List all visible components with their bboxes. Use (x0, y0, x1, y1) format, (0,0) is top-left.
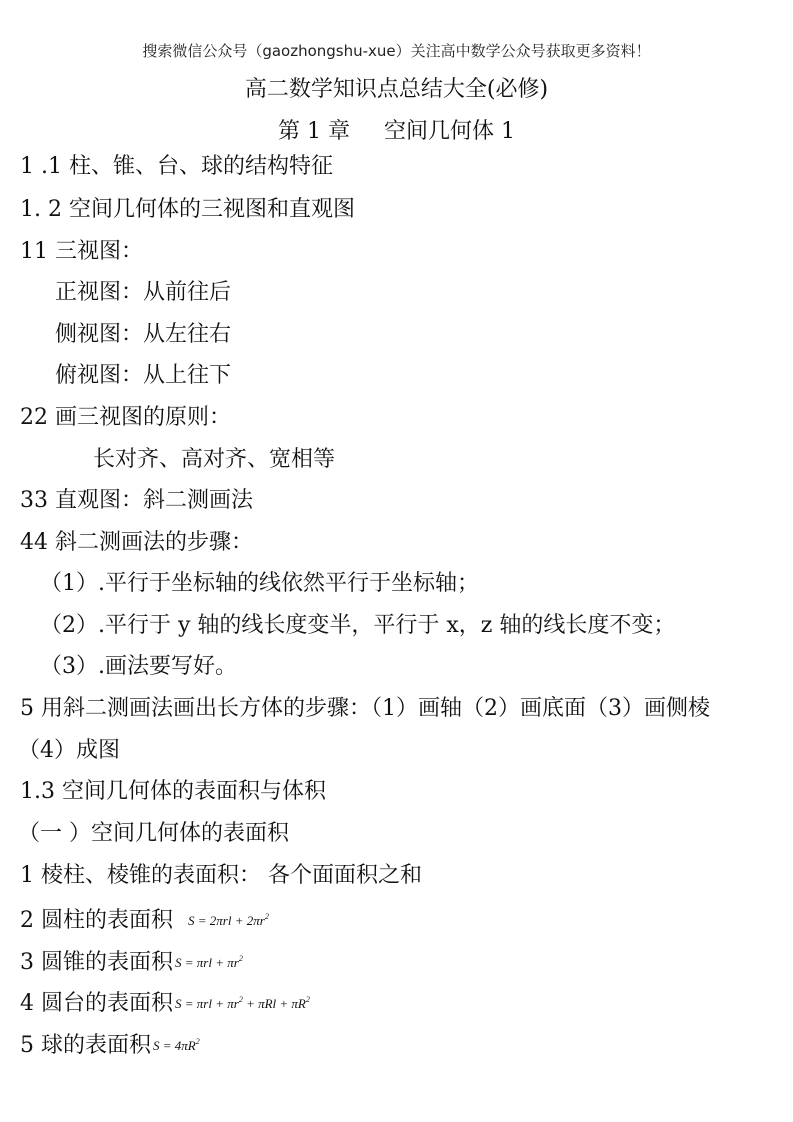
principle-rule: 长对齐、高对齐、宽相等 (93, 445, 335, 475)
item-cylinder-area: 2 圆柱的表面积 S = 2πrl + 2πr2 (20, 902, 269, 936)
section-1-3: 1.3 空间几何体的表面积与体积 (20, 777, 326, 807)
sphere-label: 5 球的表面积 (20, 1033, 151, 1058)
item-steps: 44 斜二测画法的步骤： (20, 528, 253, 558)
document-title: 高二数学知识点总结大全(必修) (0, 72, 793, 103)
item-cuboid-steps: 5 用斜二测画法画出长方体的步骤：（1）画轴（2）画底面（3）画侧棱 (20, 694, 710, 724)
chapter-heading: 第 1 章空间几何体 1 (0, 114, 793, 145)
watermark-banner: 搜索微信公众号（gaozhongshu-xue）关注高中数学公众号获取更多资料！ (0, 40, 793, 61)
item-frustum-area: 4 圆台的表面积S = πrl + πr2 + πRl + πR2 (20, 985, 310, 1019)
front-view: 正视图：从前往后 (55, 278, 231, 308)
chapter-number: 第 1 章 (278, 119, 350, 144)
sphere-formula: S = 4πR2 (153, 1038, 200, 1053)
item-three-views: 11 三视图： (20, 237, 143, 267)
cone-label: 3 圆锥的表面积 (20, 950, 173, 975)
item-cuboid-steps-cont: （4）成图 (18, 736, 120, 766)
chapter-name: 空间几何体 1 (384, 119, 515, 144)
frustum-formula: S = πrl + πr2 + πRl + πR2 (175, 996, 310, 1011)
step-2: （2）.平行于 y 轴的线长度变半，平行于 x，z 轴的线长度不变； (40, 611, 675, 641)
cylinder-label: 2 圆柱的表面积 (20, 908, 173, 933)
subsection-surface-area: （一 ）空间几何体的表面积 (18, 819, 289, 849)
cone-formula: S = πrl + πr2 (175, 955, 243, 970)
step-1: （1）.平行于坐标轴的线依然平行于坐标轴； (40, 569, 479, 599)
item-intuitive: 33 直观图：斜二测画法 (20, 486, 253, 516)
item-prism-area: 1 棱柱、棱锥的表面积： 各个面面积之和 (20, 861, 422, 891)
section-1-2: 1. 2 空间几何体的三视图和直观图 (20, 195, 355, 225)
frustum-label: 4 圆台的表面积 (20, 991, 173, 1016)
section-1-1: 1 .1 柱、锥、台、球的结构特征 (20, 152, 333, 182)
step-3: （3）.画法要写好。 (40, 652, 237, 682)
item-sphere-area: 5 球的表面积S = 4πR2 (20, 1027, 200, 1061)
cylinder-formula: S = 2πrl + 2πr2 (188, 913, 269, 928)
item-principles: 22 画三视图的原则： (20, 403, 231, 433)
item-cone-area: 3 圆锥的表面积S = πrl + πr2 (20, 944, 243, 978)
top-view: 俯视图：从上往下 (55, 361, 231, 391)
side-view: 侧视图：从左往右 (55, 320, 231, 350)
